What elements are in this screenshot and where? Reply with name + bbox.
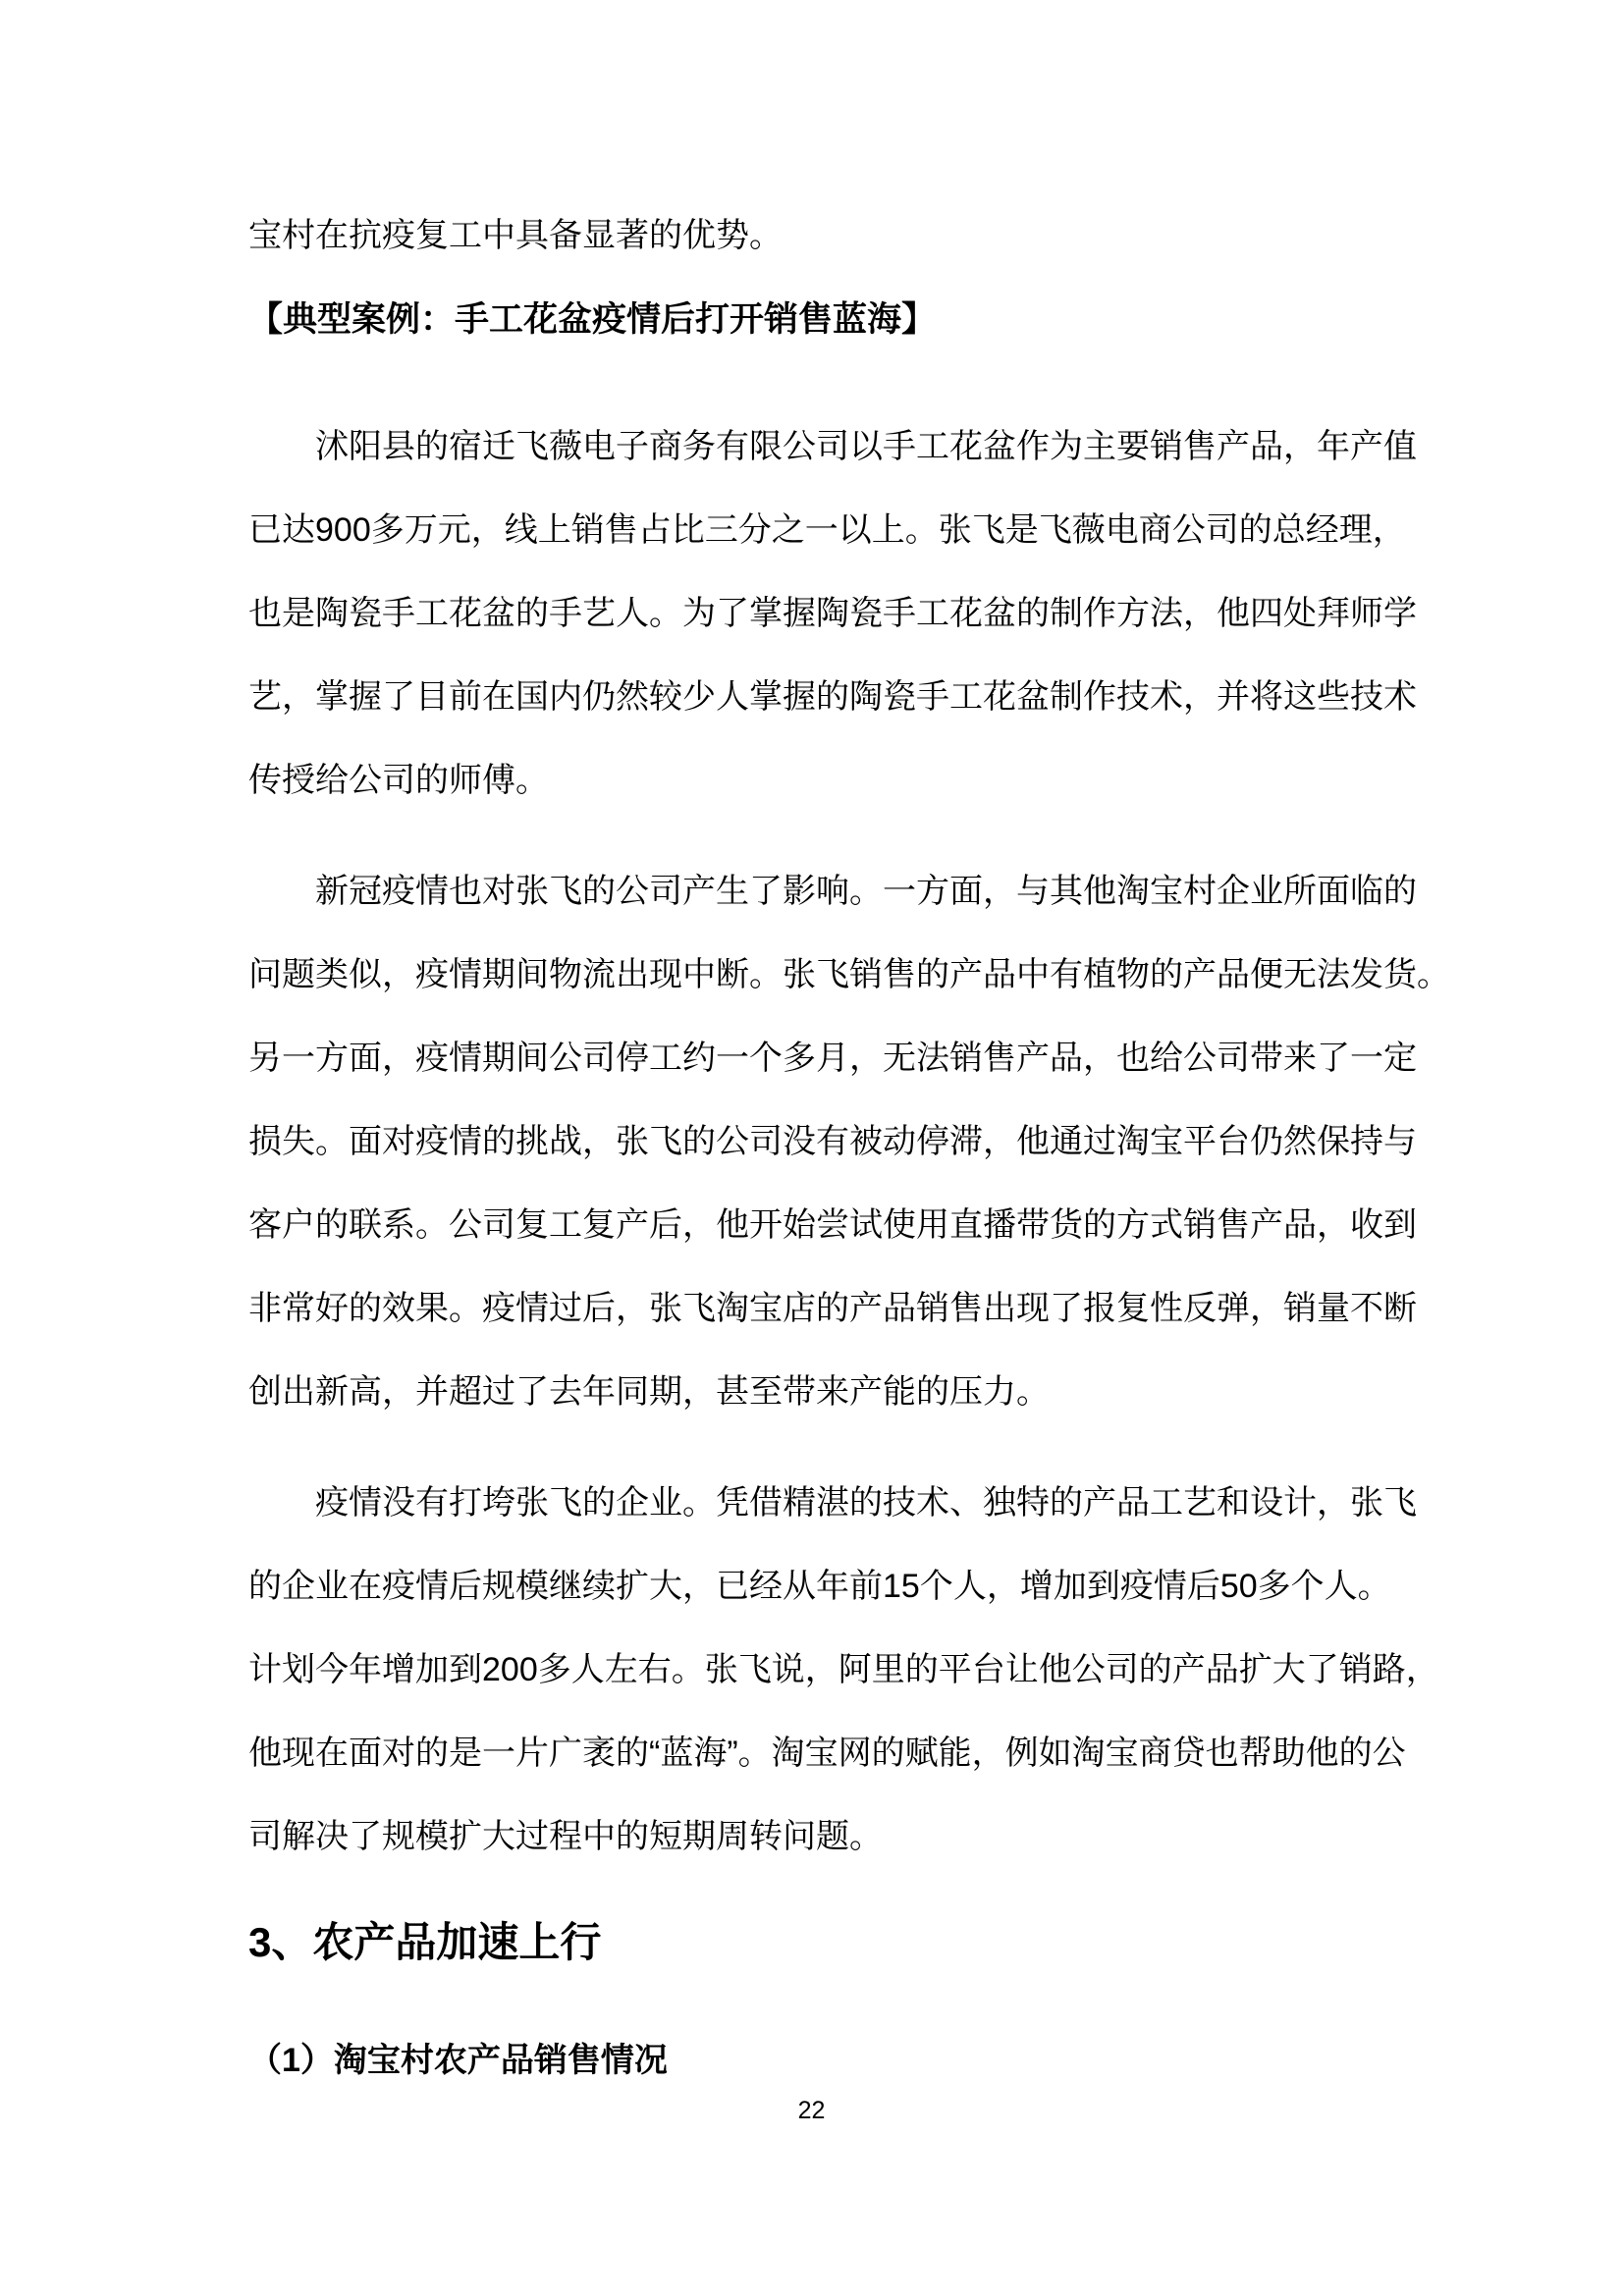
paragraph-line: 损失。面对疫情的挑战，张飞的公司没有被动停滞，他通过淘宝平台仍然保持与 [248, 1100, 1375, 1184]
paragraph-line: 创出新高，并超过了去年同期，甚至带来产能的压力。 [248, 1351, 1375, 1434]
paragraph-line: 的企业在疫情后规模继续扩大，已经从年前15个人，增加到疫情后50多个人。 [248, 1545, 1375, 1629]
page-content: 宝村在抗疫复工中具备显著的优势。 【典型案例：手工花盆疫情后打开销售蓝海】 沭阳… [0, 0, 1623, 2125]
section-heading: 3、农产品加速上行 [248, 1900, 1375, 1984]
paragraph-line: 已达900多万元，线上销售占比三分之一以上。张飞是飞薇电商公司的总经理， [248, 489, 1375, 572]
paragraph-3: 疫情没有打垮张飞的企业。凭借精湛的技术、独特的产品工艺和设计，张飞 的企业在疫情… [248, 1462, 1375, 1879]
paragraph-line: 司解决了规模扩大过程中的短期周转问题。 [248, 1795, 1375, 1879]
paragraph-line: 也是陶瓷手工花盆的手艺人。为了掌握陶瓷手工花盆的制作方法，他四处拜师学 [248, 572, 1375, 656]
paragraph-line: 沭阳县的宿迁飞薇电子商务有限公司以手工花盆作为主要销售产品，年产值 [248, 405, 1375, 489]
paragraph-line: 艺，掌握了目前在国内仍然较少人掌握的陶瓷手工花盆制作技术，并将这些技术 [248, 656, 1375, 739]
subsection-heading: （1）淘宝村农产品销售情况 [248, 2031, 1375, 2090]
paragraph-line: 问题类似，疫情期间物流出现中断。张飞销售的产品中有植物的产品便无法发货。 [248, 934, 1375, 1017]
paragraph-line: 疫情没有打垮张飞的企业。凭借精湛的技术、独特的产品工艺和设计，张飞 [248, 1462, 1375, 1545]
paragraph-2: 新冠疫情也对张飞的公司产生了影响。一方面，与其他淘宝村企业所面临的 问题类似，疫… [248, 850, 1375, 1434]
paragraph-1: 沭阳县的宿迁飞薇电子商务有限公司以手工花盆作为主要销售产品，年产值 已达900多… [248, 405, 1375, 823]
paragraph-line: 传授给公司的师傅。 [248, 739, 1375, 823]
case-study-heading: 【典型案例：手工花盆疫情后打开销售蓝海】 [248, 278, 1375, 361]
paragraph-line: 他现在面对的是一片广袤的“蓝海”。淘宝网的赋能，例如淘宝商贷也帮助他的公 [248, 1712, 1375, 1795]
paragraph-line: 另一方面，疫情期间公司停工约一个多月，无法销售产品，也给公司带来了一定 [248, 1017, 1375, 1100]
continuation-line: 宝村在抗疫复工中具备显著的优势。 [248, 194, 1375, 278]
paragraph-line: 客户的联系。公司复工复产后，他开始尝试使用直播带货的方式销售产品，收到 [248, 1184, 1375, 1267]
page-number: 22 [248, 2096, 1375, 2125]
paragraph-line: 新冠疫情也对张飞的公司产生了影响。一方面，与其他淘宝村企业所面临的 [248, 850, 1375, 934]
paragraph-line: 计划今年增加到200多人左右。张飞说，阿里的平台让他公司的产品扩大了销路， [248, 1629, 1375, 1712]
paragraph-line: 非常好的效果。疫情过后，张飞淘宝店的产品销售出现了报复性反弹，销量不断 [248, 1267, 1375, 1351]
document-page: 宝村在抗疫复工中具备显著的优势。 【典型案例：手工花盆疫情后打开销售蓝海】 沭阳… [0, 0, 1623, 2296]
